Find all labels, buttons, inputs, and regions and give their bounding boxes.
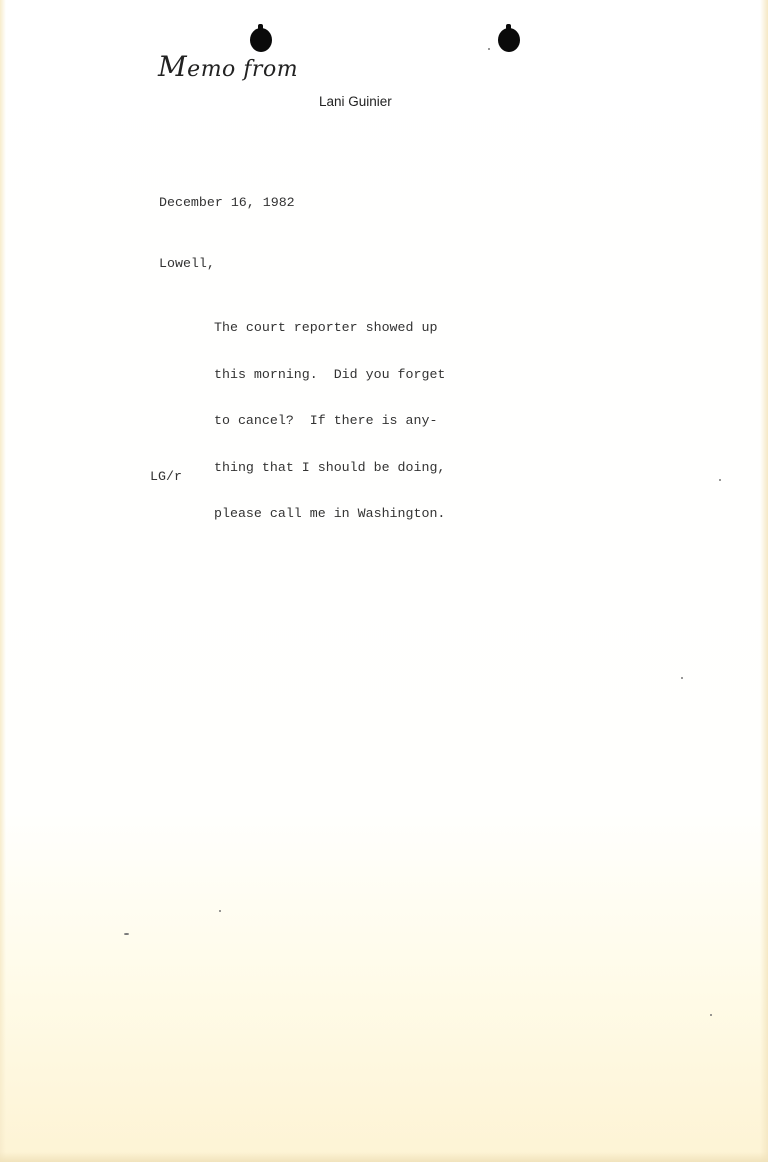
memo-letterhead-initial: M (158, 50, 187, 83)
memo-letterhead-rest: emo from (187, 57, 298, 82)
memo-body: The court reporter showed up this mornin… (214, 289, 445, 553)
sender-name: Lani Guinier (319, 94, 392, 109)
paper-edge-left (0, 0, 6, 1162)
body-line: this morning. Did you forget (214, 367, 445, 383)
body-line: The court reporter showed up (214, 320, 445, 336)
paper-speck (124, 933, 129, 935)
paper-speck (719, 479, 721, 481)
paper-edge-bottom (0, 1152, 768, 1162)
body-line: to cancel? If there is any- (214, 413, 445, 429)
memo-page: Memo from Lani Guinier December 16, 1982… (0, 0, 768, 1162)
punch-hole-right (498, 28, 520, 52)
paper-speck (681, 677, 683, 679)
paper-speck (710, 1014, 712, 1016)
memo-date: December 16, 1982 (159, 195, 295, 211)
salutation: Lowell, (159, 256, 215, 272)
paper-speck (488, 48, 490, 50)
body-line: thing that I should be doing, (214, 460, 445, 476)
punch-hole-left (250, 28, 272, 52)
body-line: please call me in Washington. (214, 506, 445, 522)
paper-edge-right (760, 0, 768, 1162)
paper-speck (219, 910, 221, 912)
memo-letterhead: Memo from (158, 50, 298, 83)
reference-initials: LG/r (150, 469, 182, 485)
